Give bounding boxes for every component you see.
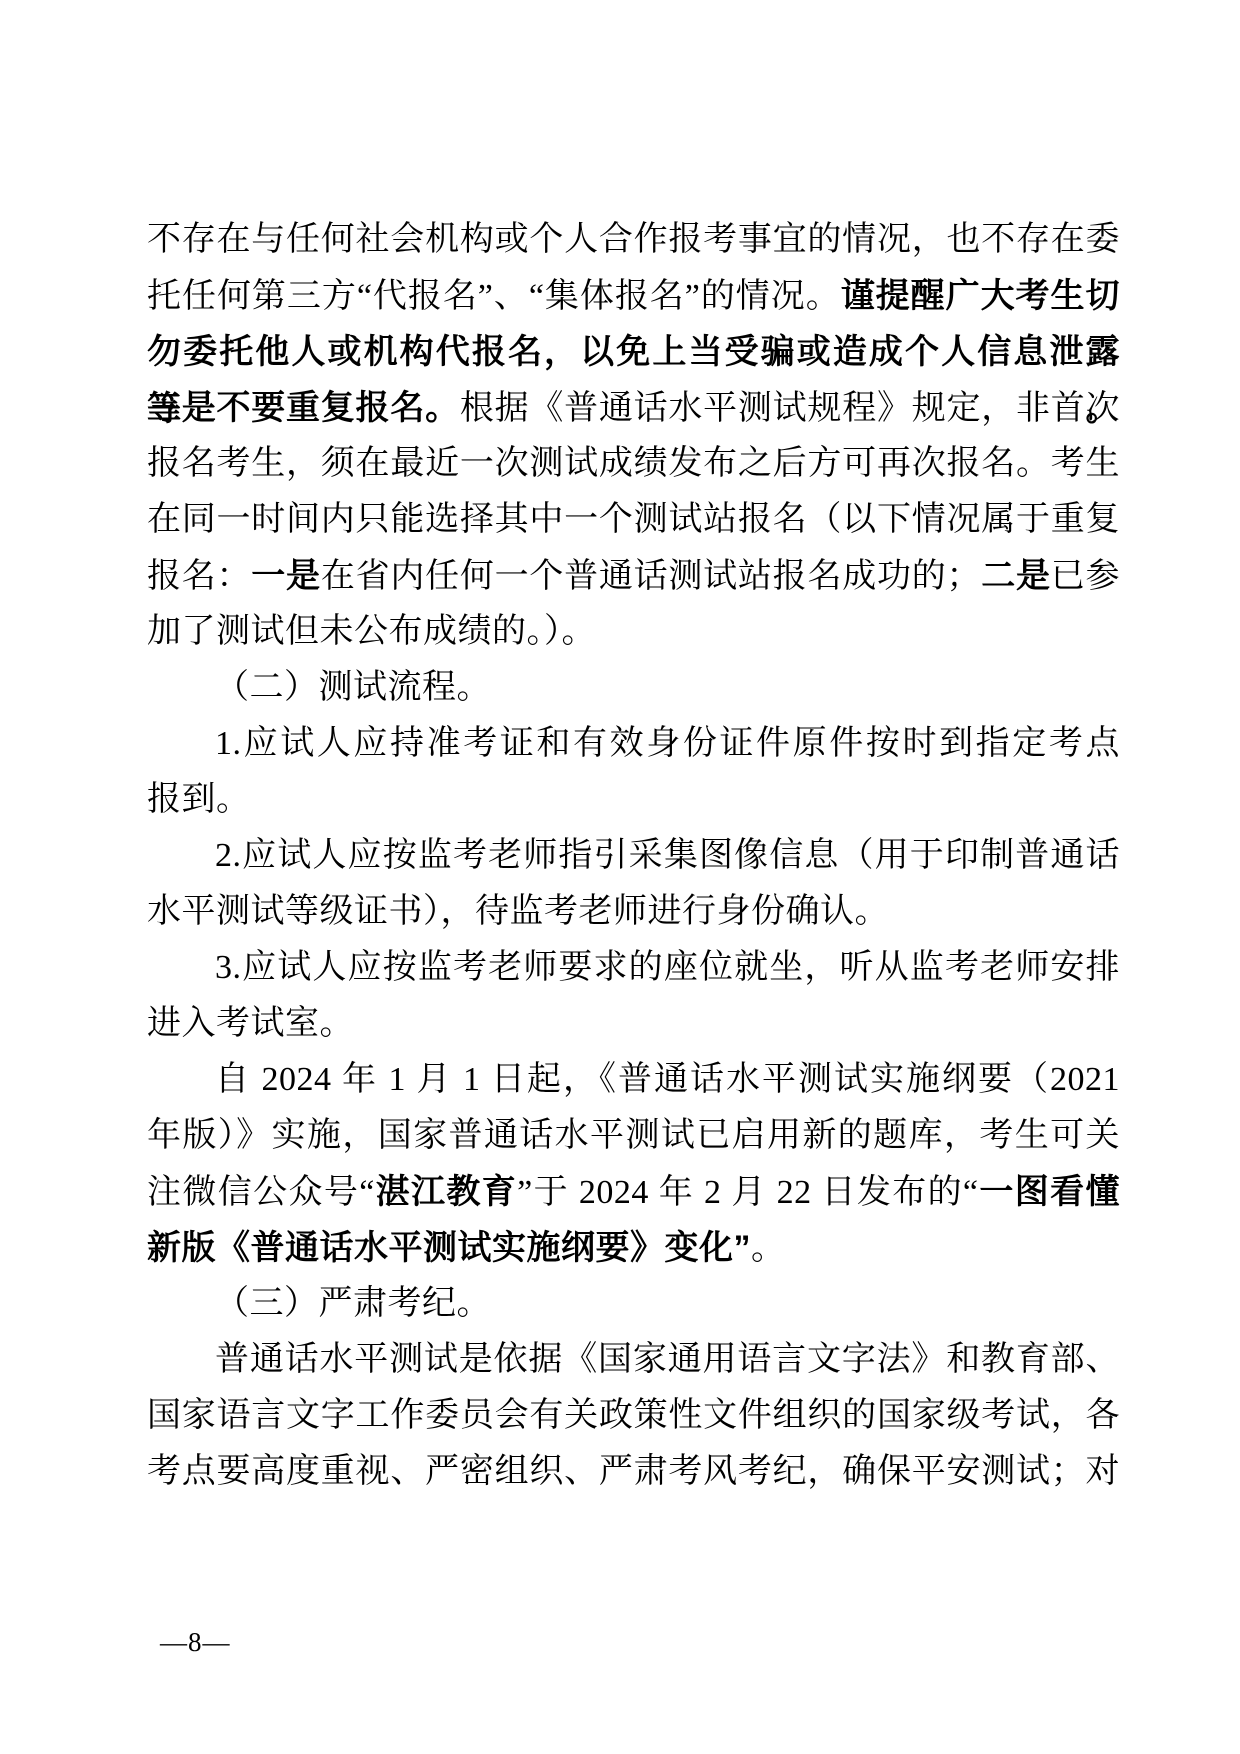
document-line: 报到。: [147, 772, 1120, 828]
text-segment: 加了测试但未公布成绩的。）。: [147, 613, 596, 650]
document-line: 考点要高度重视、严密组织、严肃考风考纪，确保平安测试；对: [147, 1444, 1120, 1500]
text-segment: 3.应试人应按监考老师要求的座位就坐，听从监考老师安排: [215, 949, 1120, 986]
bold-text-segment: 二是: [981, 557, 1051, 595]
document-line: 2.应试人应按监考老师指引采集图像信息（用于印制普通话: [147, 828, 1120, 884]
document-line: 勿委托他人或机构代报名，以免上当受骗或造成个人信息泄露等。: [147, 324, 1120, 380]
text-segment: 国家语言文字工作委员会有关政策性文件组织的国家级考试，各: [147, 1397, 1120, 1434]
document-line: 普通话水平测试是依据《国家通用语言文字法》和教育部、: [147, 1332, 1120, 1388]
text-segment: 在同一时间内只能选择其中一个测试站报名（以下情况属于重复: [147, 501, 1120, 538]
document-line: 托任何第三方“代报名”、“集体报名”的情况。谨提醒广大考生切: [147, 268, 1120, 324]
page-number: —8—: [160, 1626, 231, 1658]
document-line: 新版《普通话水平测试实施纲要》变化”。: [147, 1220, 1120, 1276]
text-segment: 不存在与任何社会机构或个人合作报考事宜的情况，也不存在委: [147, 221, 1120, 258]
text-segment: 2.应试人应按监考老师指引采集图像信息（用于印制普通话: [215, 837, 1120, 874]
text-segment: 自 2024 年 1 月 1 日起，《普通话水平测试实施纲要（2021: [215, 1061, 1120, 1098]
document-page: 不存在与任何社会机构或个人合作报考事宜的情况，也不存在委托任何第三方“代报名”、…: [0, 0, 1240, 1754]
text-segment: 考点要高度重视、严密组织、严肃考风考纪，确保平安测试；对: [147, 1453, 1120, 1490]
bold-text-segment: 新版《普通话水平测试实施纲要》变化”: [147, 1229, 751, 1267]
text-segment: 根据《普通话水平测试规程》规定，非首次: [460, 390, 1120, 427]
bold-text-segment: 谨提醒广大考生切: [841, 277, 1120, 315]
document-line: 报名考生，须在最近一次测试成绩发布之后方可再次报名。考生: [147, 436, 1120, 492]
bold-text-segment: 湛江教育: [375, 1173, 517, 1211]
text-segment: 已参: [1051, 558, 1120, 595]
text-segment: 注微信公众号“: [147, 1174, 375, 1211]
document-line: 1.应试人应持准考证和有效身份证件原件按时到指定考点: [147, 716, 1120, 772]
text-segment: 报名考生，须在最近一次测试成绩发布之后方可再次报名。考生: [147, 445, 1120, 482]
document-line: （二）测试流程。: [147, 660, 1120, 716]
document-line: 3.应试人应按监考老师要求的座位就坐，听从监考老师安排: [147, 940, 1120, 996]
text-segment: 1.应试人应持准考证和有效身份证件原件按时到指定考点: [215, 725, 1120, 762]
text-segment: 。: [751, 1230, 786, 1267]
document-line: 国家语言文字工作委员会有关政策性文件组织的国家级考试，各: [147, 1388, 1120, 1444]
bold-text-segment: 三是不要重复报名。: [147, 389, 460, 427]
text-segment: ”于 2024 年 2 月 22 日发布的“: [517, 1174, 978, 1211]
document-line: （三）严肃考纪。: [147, 1276, 1120, 1332]
text-segment: 报名：: [147, 558, 251, 595]
bold-text-segment: 一是: [251, 557, 321, 595]
document-line: 报名：一是在省内任何一个普通话测试站报名成功的；二是已参: [147, 548, 1120, 604]
text-segment: 在省内任何一个普通话测试站报名成功的；: [321, 558, 981, 595]
document-line: 水平测试等级证书），待监考老师进行身份确认。: [147, 884, 1120, 940]
text-segment: 年版）》实施，国家普通话水平测试已启用新的题库，考生可关: [147, 1117, 1120, 1154]
text-segment: 进入考试室。: [147, 1005, 354, 1042]
document-line: 在同一时间内只能选择其中一个测试站报名（以下情况属于重复: [147, 492, 1120, 548]
text-segment: 报到。: [147, 781, 251, 818]
text-segment: 托任何第三方“代报名”、“集体报名”的情况。: [147, 278, 841, 315]
bold-text-segment: 一图看懂: [979, 1173, 1120, 1211]
text-segment: 普通话水平测试是依据《国家通用语言文字法》和教育部、: [215, 1341, 1120, 1378]
text-segment: （二）测试流程。: [215, 669, 491, 706]
document-body: 不存在与任何社会机构或个人合作报考事宜的情况，也不存在委托任何第三方“代报名”、…: [147, 212, 1120, 1500]
document-line: 年版）》实施，国家普通话水平测试已启用新的题库，考生可关: [147, 1108, 1120, 1164]
text-segment: （三）严肃考纪。: [215, 1285, 491, 1322]
document-line: 不存在与任何社会机构或个人合作报考事宜的情况，也不存在委: [147, 212, 1120, 268]
document-line: 加了测试但未公布成绩的。）。: [147, 604, 1120, 660]
text-segment: 水平测试等级证书），待监考老师进行身份确认。: [147, 893, 889, 930]
document-line: 三是不要重复报名。根据《普通话水平测试规程》规定，非首次: [147, 380, 1120, 436]
document-line: 进入考试室。: [147, 996, 1120, 1052]
document-line: 自 2024 年 1 月 1 日起，《普通话水平测试实施纲要（2021: [147, 1052, 1120, 1108]
document-line: 注微信公众号“湛江教育”于 2024 年 2 月 22 日发布的“一图看懂: [147, 1164, 1120, 1220]
